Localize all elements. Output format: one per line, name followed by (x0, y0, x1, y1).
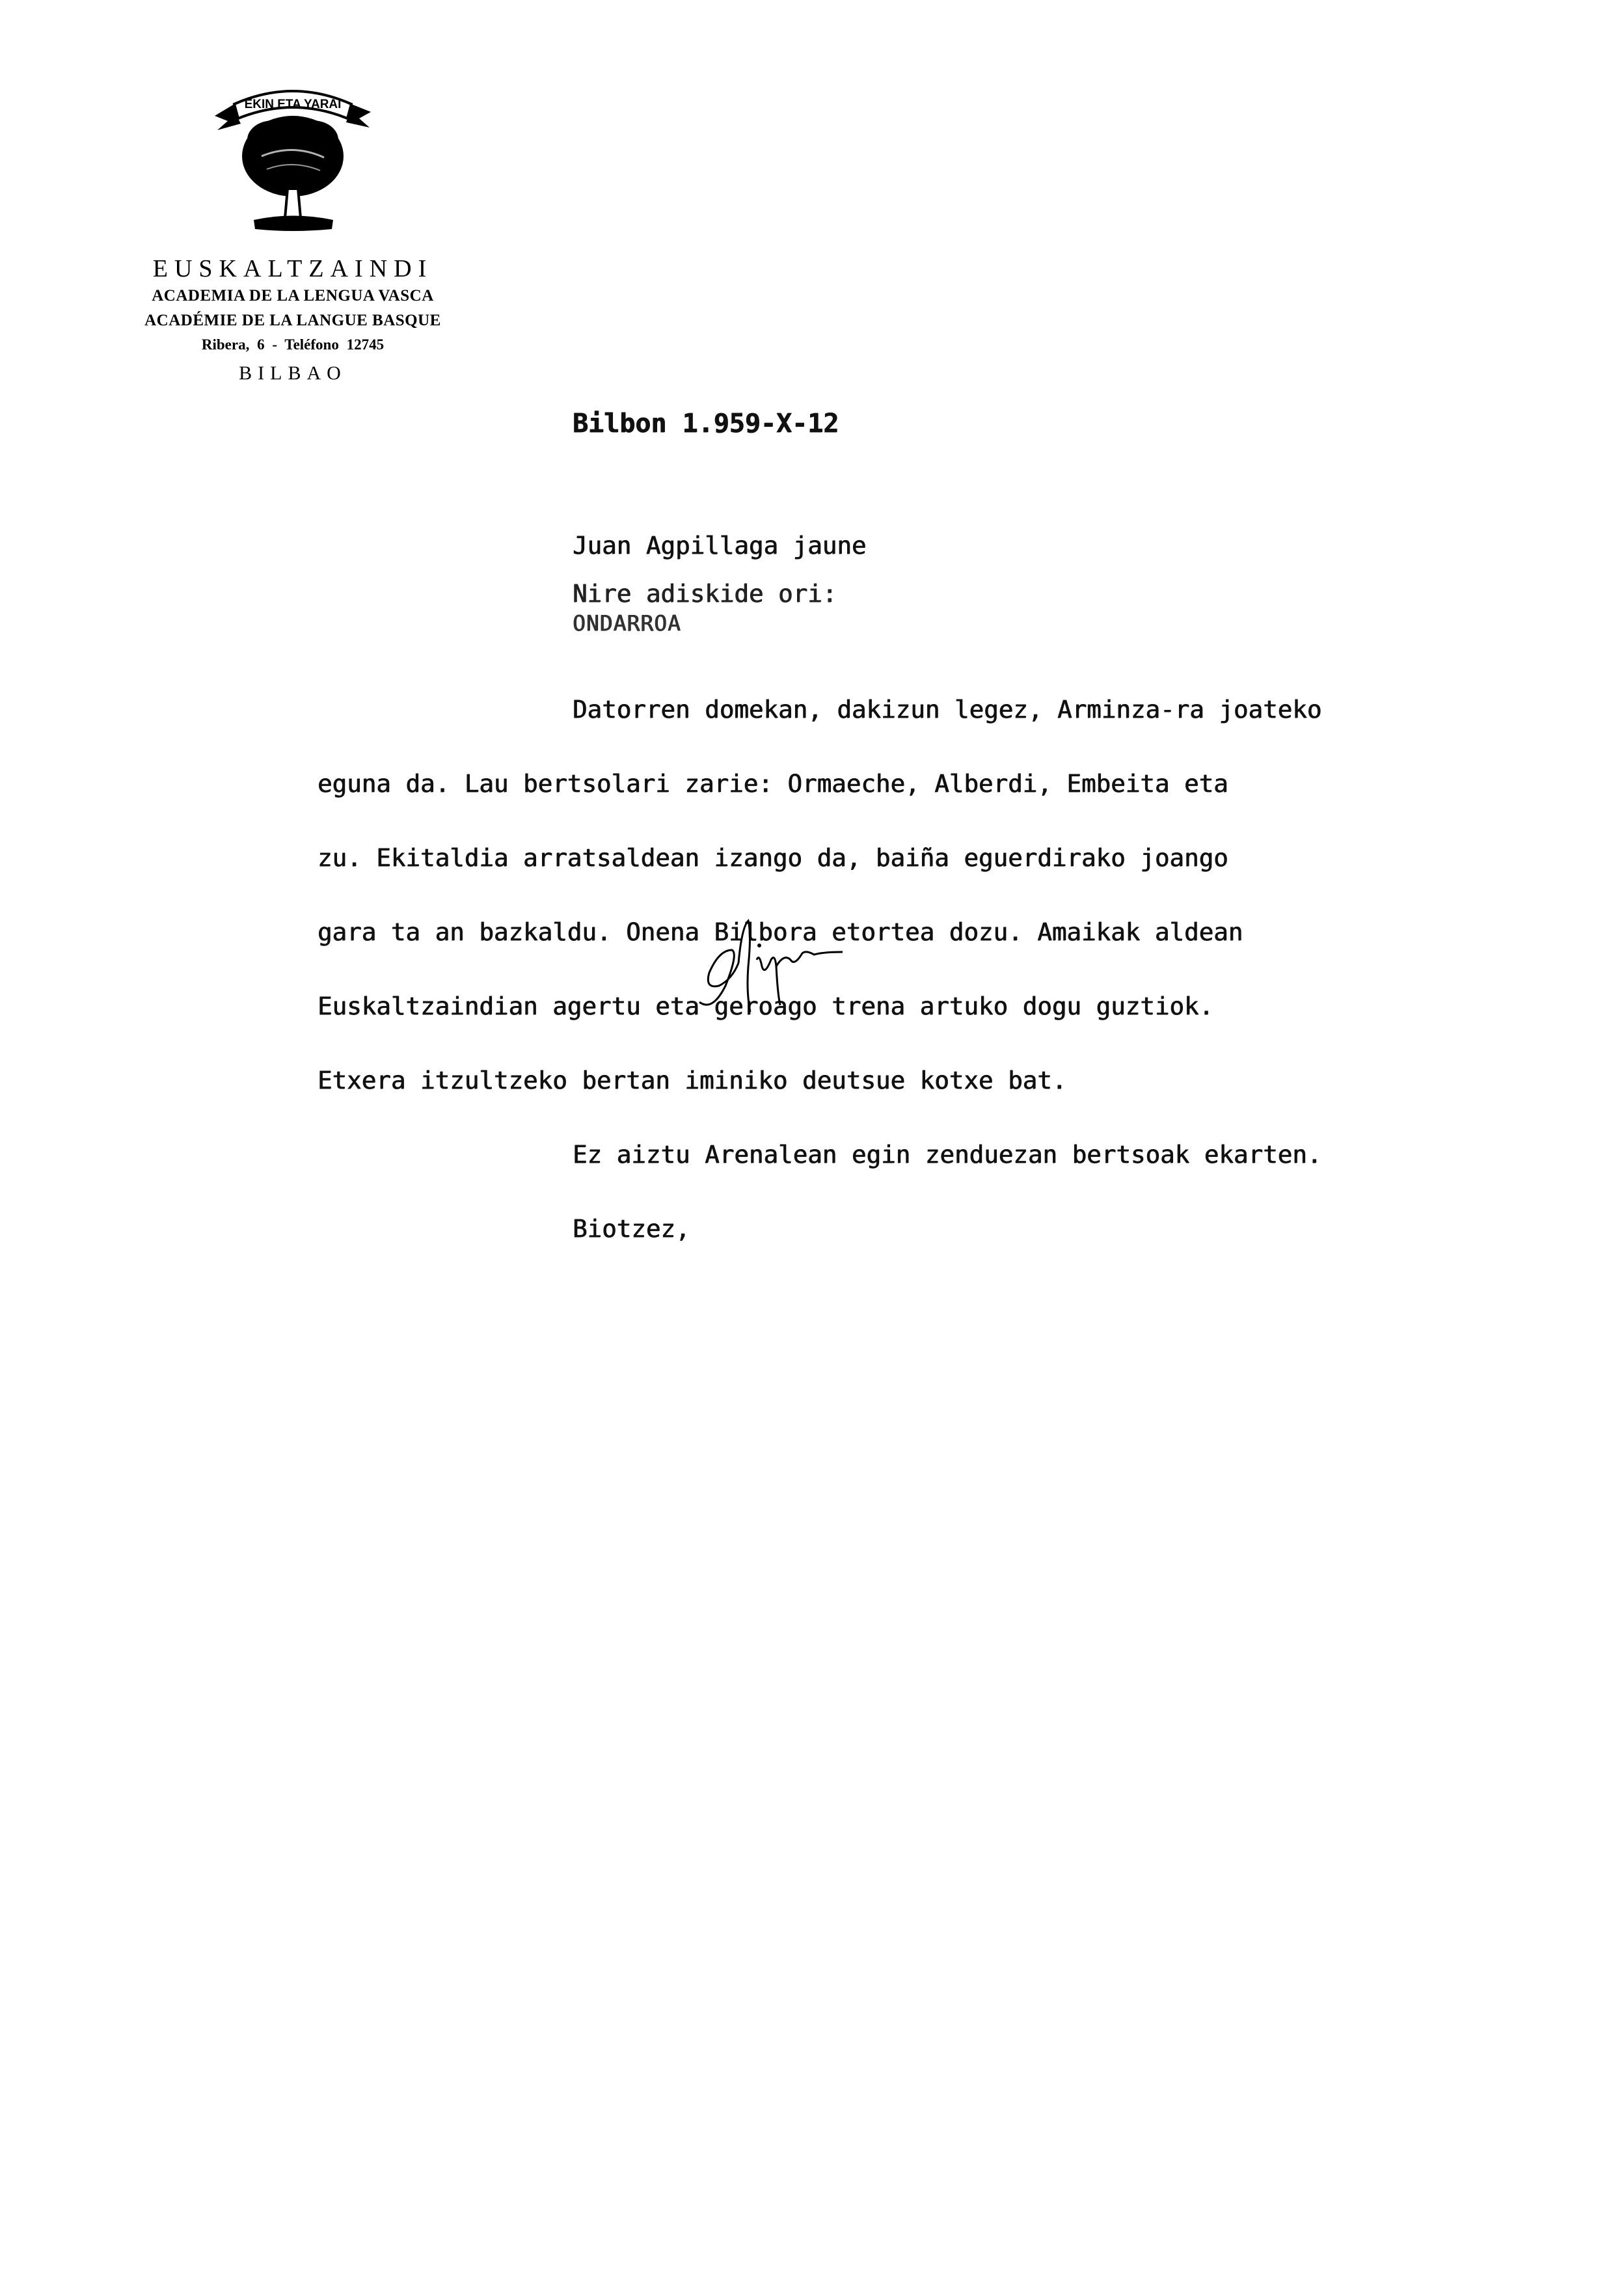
recipient-city: ONDARROA (573, 610, 867, 636)
recipient-name: Juan Agpillaga jaune (573, 532, 867, 558)
letterhead: EKIN ETA YARAI EUSKALTZAINDI ACADEMIA DE… (98, 78, 488, 388)
subtitle-french: ACADÉMIE DE LA LANGUE BASQUE (98, 308, 488, 333)
closing: Biotzez, (318, 1216, 1321, 1241)
salutation: Nire adiskide ori: (573, 579, 837, 608)
logo-motto: EKIN ETA YARAI (245, 98, 342, 111)
body-line: Datorren domekan, dakizun legez, Arminza… (318, 697, 1321, 722)
organization-name: EUSKALTZAINDI (98, 254, 488, 284)
body-line: Etxera itzultzeko bertan iminiko deutsue… (318, 1068, 1321, 1093)
subtitle-spanish: ACADEMIA DE LA LENGUA VASCA (98, 284, 488, 308)
body-line: eguna da. Lau bertsolari zarie: Ormaeche… (318, 771, 1321, 796)
body-line: zu. Ekitaldia arratsaldean izango da, ba… (318, 845, 1321, 870)
address: Ribera, 6 - Teléfono 12745 (98, 333, 488, 357)
body-line: Ez aiztu Arenalean egin zenduezan bertso… (318, 1142, 1321, 1167)
oak-tree-emblem-icon: EKIN ETA YARAI (208, 78, 377, 234)
recipient-block: Juan Agpillaga jaune ONDARROA (573, 480, 867, 662)
letter-date: Bilbon 1.959-X-12 (573, 409, 839, 439)
handwritten-signature-icon (686, 914, 882, 1018)
city: BILBAO (98, 359, 488, 388)
